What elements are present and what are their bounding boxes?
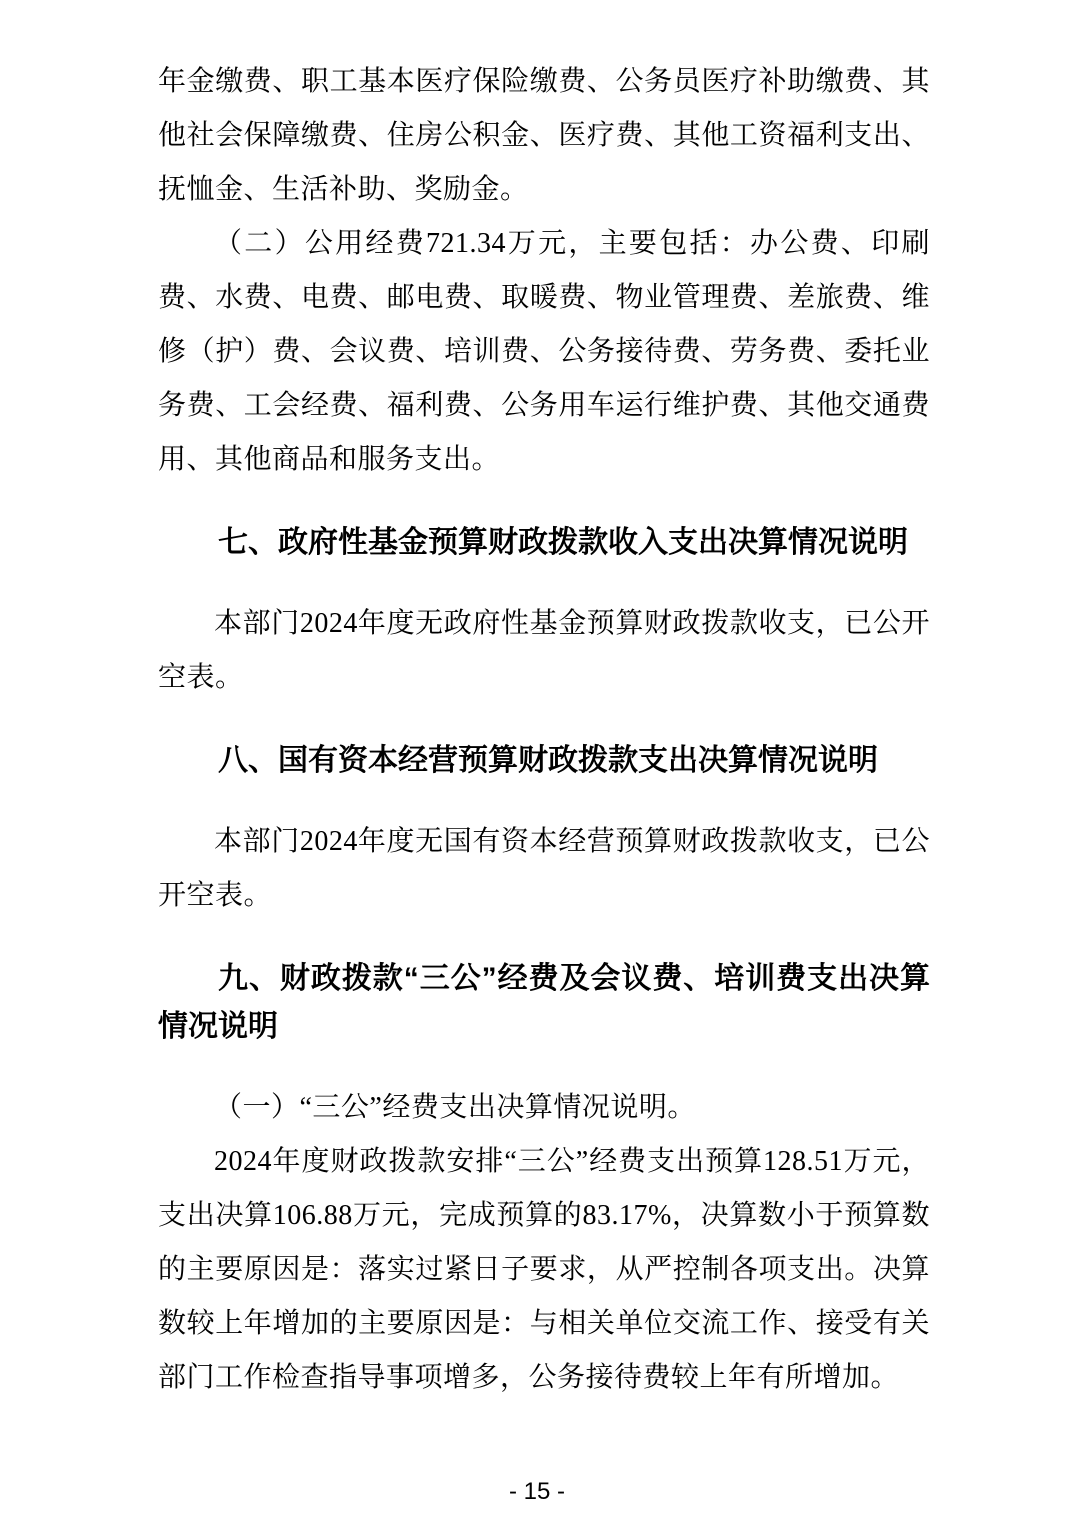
document-page: 年金缴费、职工基本医疗保险缴费、公务员医疗补助缴费、其他社会保障缴费、住房公积金… bbox=[0, 0, 1074, 1520]
paragraph-three-public-expenses-detail: 2024年度财政拨款安排“三公”经费支出预算128.51万元，支出决算106.8… bbox=[158, 1135, 930, 1405]
page-number: - 15 - bbox=[0, 1478, 1074, 1506]
paragraph-public-expense: （二）公用经费721.34万元，主要包括：办公费、印刷费、水费、电费、邮电费、取… bbox=[158, 217, 930, 487]
section-heading-government-fund-budget: 七、政府性基金预算财政拨款收入支出决算情况说明 bbox=[158, 519, 930, 567]
paragraph-personnel-expense-continued: 年金缴费、职工基本医疗保险缴费、公务员医疗补助缴费、其他社会保障缴费、住房公积金… bbox=[158, 55, 930, 217]
section-heading-state-capital-budget: 八、国有资本经营预算财政拨款支出决算情况说明 bbox=[158, 737, 930, 785]
paragraph-three-public-expenses-item1: （一）“三公”经费支出决算情况说明。 bbox=[158, 1081, 930, 1135]
paragraph-government-fund-budget: 本部门2024年度无政府性基金预算财政拨款收支，已公开空表。 bbox=[158, 597, 930, 705]
section-heading-three-public-expenses: 九、财政拨款“三公”经费及会议费、培训费支出决算情况说明 bbox=[158, 955, 930, 1051]
paragraph-state-capital-budget: 本部门2024年度无国有资本经营预算财政拨款收支，已公开空表。 bbox=[158, 815, 930, 923]
